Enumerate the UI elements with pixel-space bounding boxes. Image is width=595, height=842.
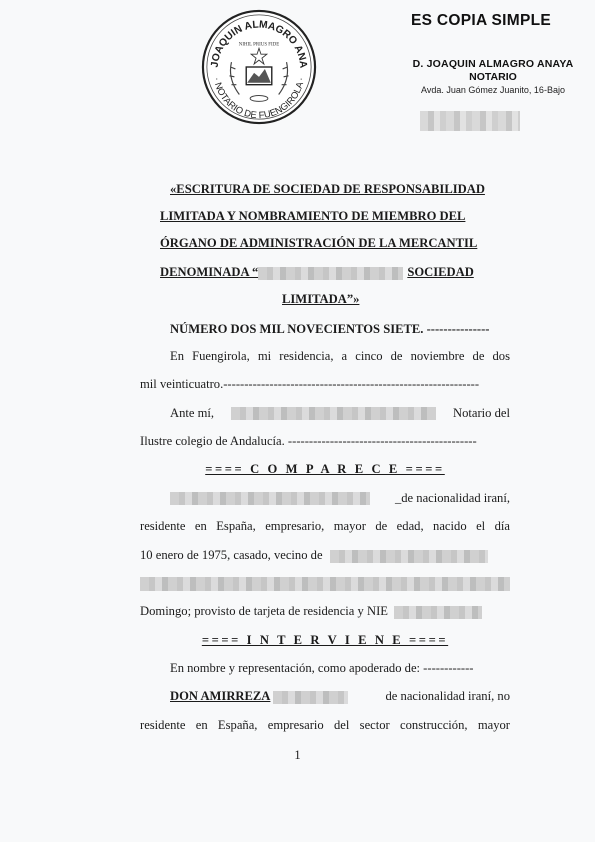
notary-name: D. JOAQUIN ALMAGRO ANAYA (398, 58, 588, 70)
colegio-line: Ilustre colegio de Andalucía. ----------… (140, 432, 510, 450)
redacted-contact (420, 111, 520, 131)
redacted-nie (394, 606, 482, 619)
birth-date-text: 10 enero de 1975, casado, vecino de (140, 548, 323, 562)
interviene-line-3: residente en España, empresario del sect… (140, 716, 510, 734)
notary-letterhead: D. JOAQUIN ALMAGRO ANAYA NOTARIO Avda. J… (398, 58, 588, 95)
notary-seal: D. JOAQUIN ALMAGRO ANAYA · NOTARIO DE FU… (200, 8, 318, 126)
notario-del: Notario del (453, 404, 510, 422)
ante-mi-line: Ante mí, Notario del (170, 404, 510, 422)
comparece-heading: ==== C O M P A R E C E ==== (140, 460, 510, 478)
ante-mi-label: Ante mí, (170, 404, 214, 422)
seal-motto: NIHIL PRIUS FIDE (239, 42, 279, 47)
deed-number: NÚMERO DOS MIL NOVECIENTOS SIETE. ------… (170, 320, 510, 338)
comparece-line-1: _de nacionalidad iraní, (170, 489, 510, 507)
title-line-1: «ESCRITURA DE SOCIEDAD DE RESPONSABILIDA… (170, 180, 510, 198)
redacted-surname (273, 691, 348, 704)
page-number: 1 (0, 748, 595, 763)
title-line-4: DENOMINADA “SOCIEDAD (160, 263, 510, 281)
interviene-line-2: DON AMIRREZA de nacionalidad iraní, no (170, 687, 510, 705)
redacted-company-name (258, 267, 403, 280)
redacted-address-2 (140, 577, 510, 591)
copy-label: ES COPIA SIMPLE (411, 12, 551, 30)
represented-name: DON AMIRREZA (170, 689, 270, 703)
place-date-line-1: En Fuengirola, mi residencia, a cinco de… (170, 347, 510, 365)
title-sociedad: SOCIEDAD (407, 265, 473, 279)
redacted-compareciente-name (170, 492, 370, 505)
redacted-notary-name (231, 407, 436, 420)
comparece-line-5: Domingo; provisto de tarjeta de residenc… (140, 602, 510, 620)
title-line-5: LIMITADA”» (282, 290, 402, 308)
title-line-2: LIMITADA Y NOMBRAMIENTO DE MIEMBRO DEL (160, 207, 510, 225)
comparece-line-2: residente en España, empresario, mayor d… (140, 517, 510, 535)
nacionalidad-text: _de nacionalidad iraní, (395, 489, 510, 507)
title-line-3: ÓRGANO DE ADMINISTRACIÓN DE LA MERCANTIL (160, 234, 520, 252)
nie-text: Domingo; provisto de tarjeta de residenc… (140, 604, 388, 618)
interviene-line-1: En nombre y representación, como apodera… (170, 659, 510, 677)
notary-address: Avda. Juan Gómez Juanito, 16-Bajo (398, 85, 588, 95)
notary-role: NOTARIO (398, 71, 588, 83)
redacted-address-1 (330, 550, 488, 563)
place-date-line-2: mil veinticuatro.-----------------------… (140, 375, 510, 393)
comparece-line-3: 10 enero de 1975, casado, vecino de (140, 546, 510, 564)
interviene-heading: ==== I N T E R V I E N E ==== (140, 631, 510, 649)
title-denominada: DENOMINADA “ (160, 265, 258, 279)
represented-nationality: de nacionalidad iraní, no (386, 687, 511, 705)
comparece-line-4 (140, 574, 510, 592)
